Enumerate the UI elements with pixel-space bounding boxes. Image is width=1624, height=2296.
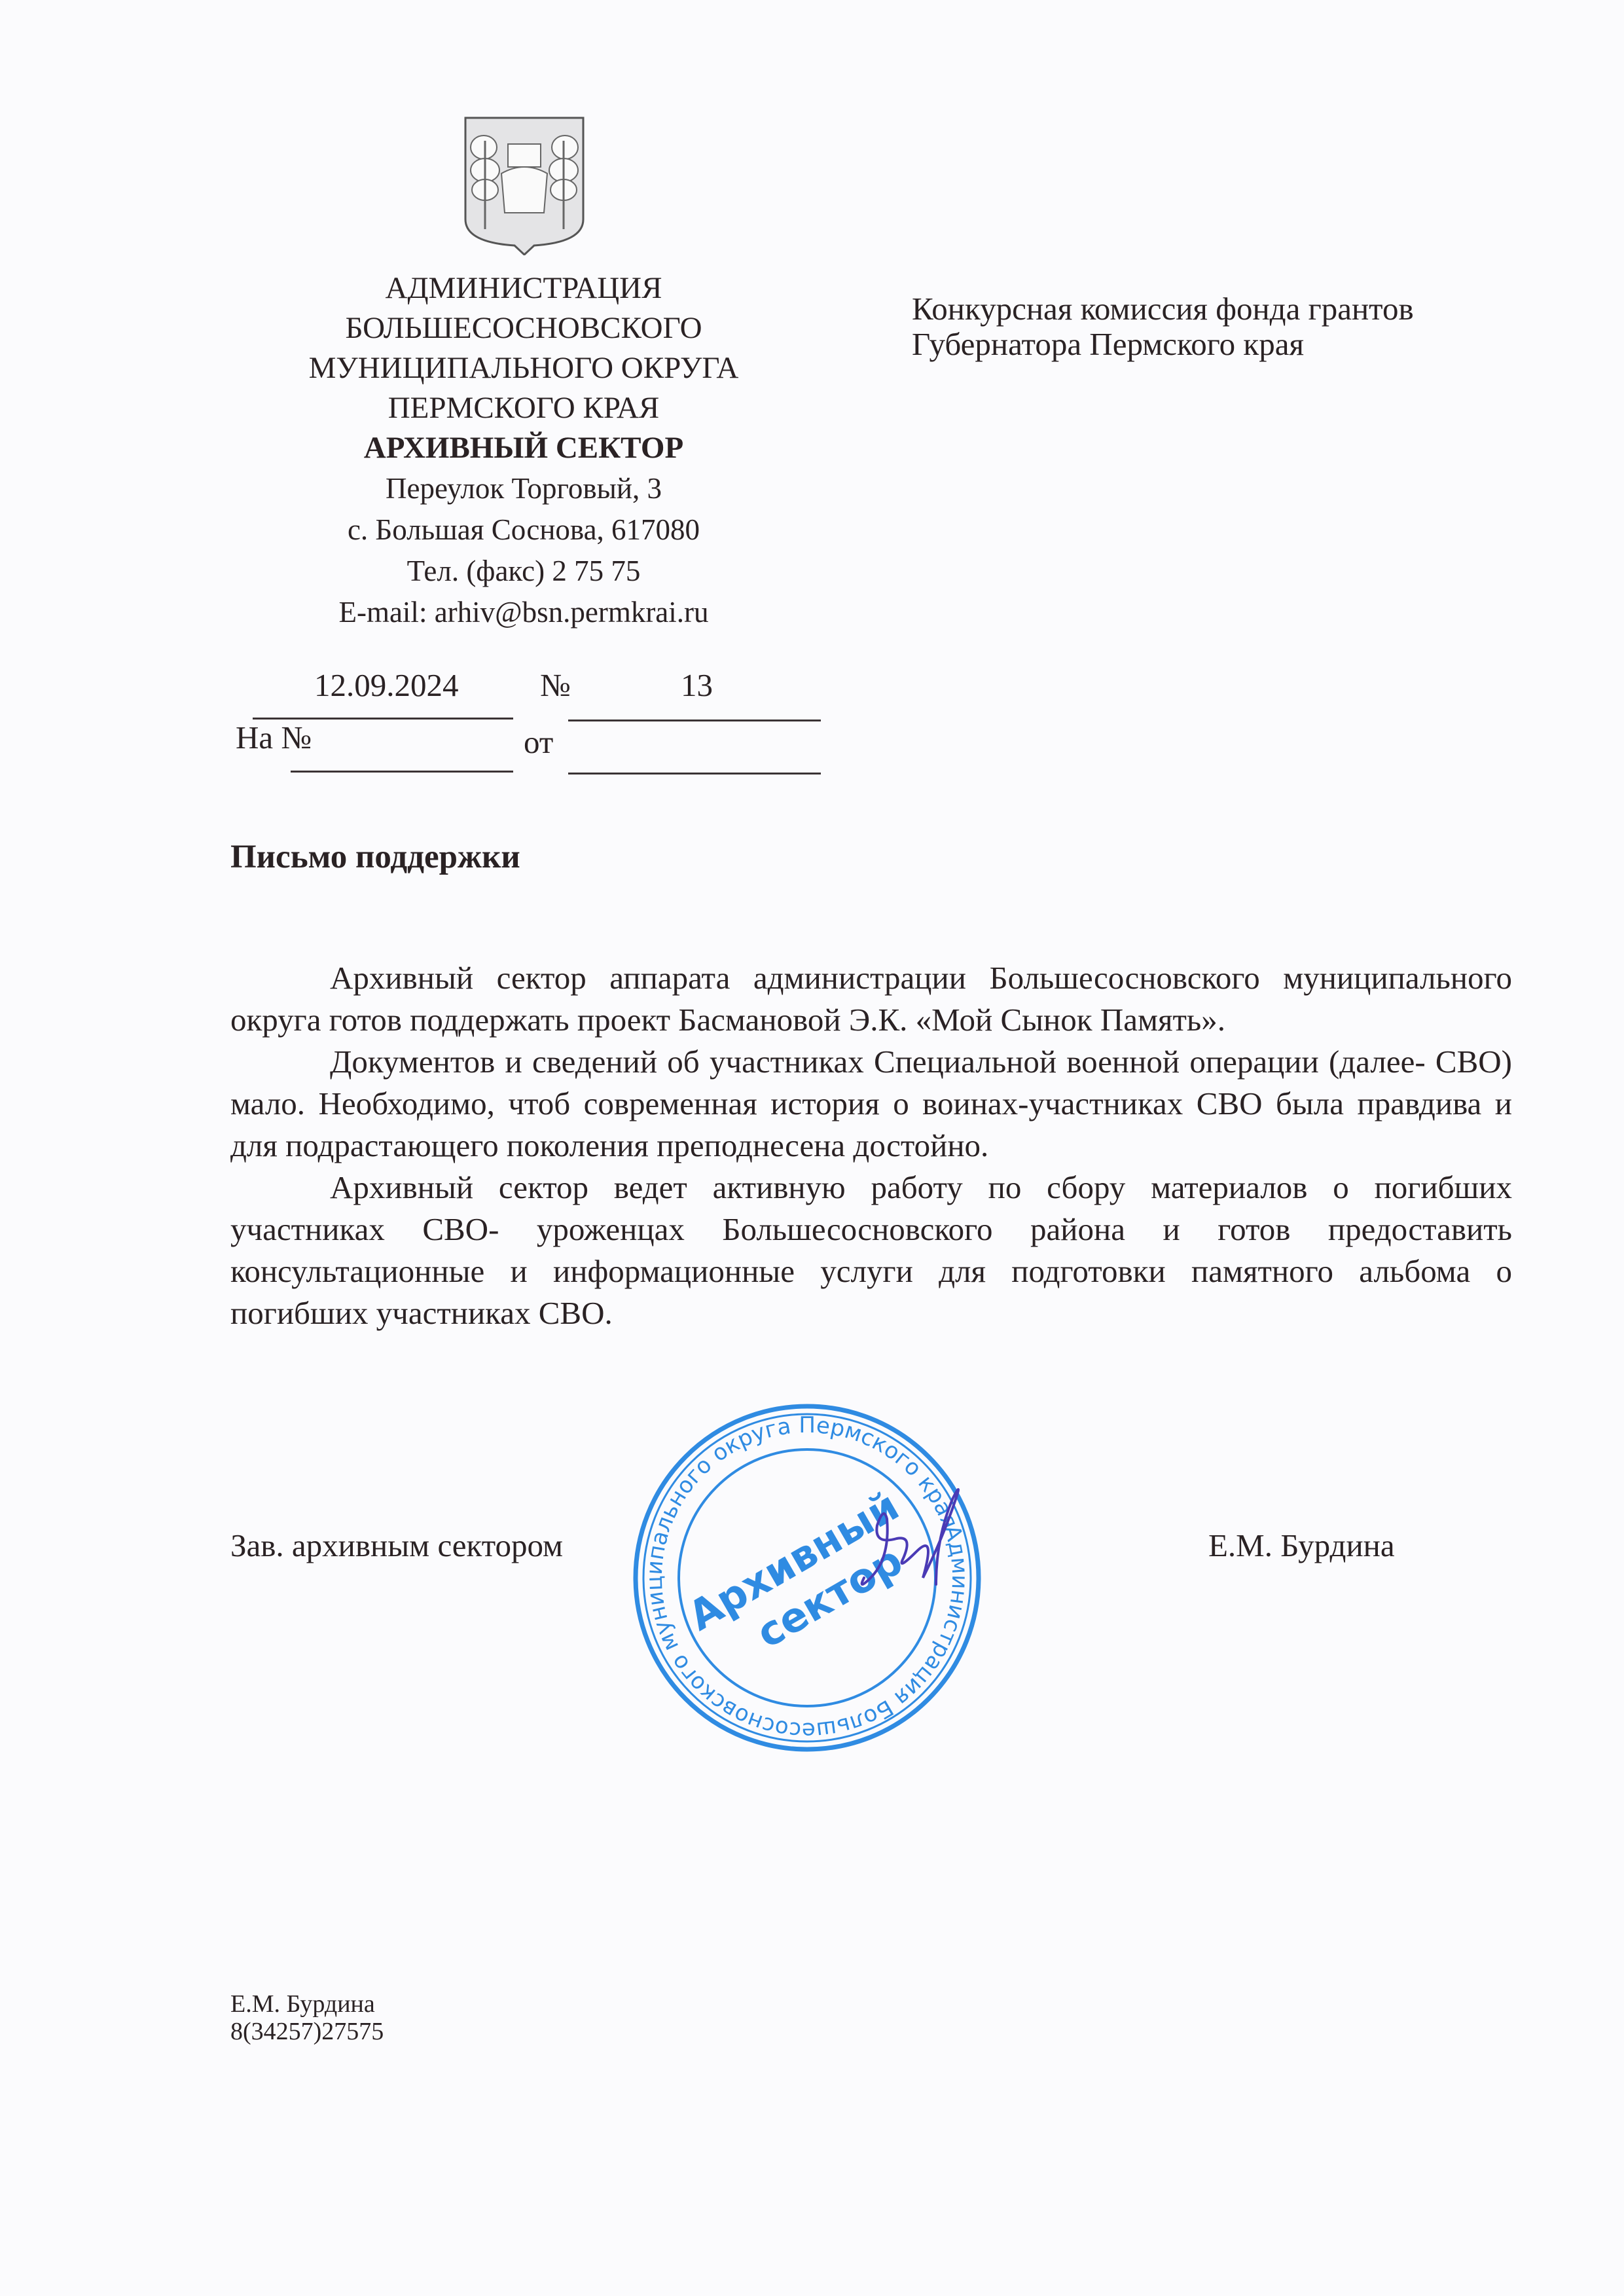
signatory-name: Е.М. Бурдина: [1208, 1527, 1395, 1564]
number-underline: [568, 720, 821, 721]
org-name-line: ПЕРМСКОГО КРАЯ: [216, 388, 831, 428]
signatory-position: Зав. архивным сектором: [230, 1527, 563, 1564]
address-line: с. Большая Соснова, 617080: [216, 509, 831, 551]
address-line: Переулок Торговый, 3: [216, 468, 831, 509]
reference-number-underline: [291, 771, 513, 773]
recipient-line: Конкурсная комиссия фонда грантов: [912, 291, 1566, 327]
executor-phone: 8(34257)27575: [230, 2018, 384, 2045]
body-paragraph: Архивный сектор ведет активную работу по…: [230, 1167, 1512, 1334]
executor-name: Е.М. Бурдина: [230, 1990, 384, 2018]
registration-number: 13: [681, 666, 713, 704]
reference-date-underline: [568, 773, 821, 774]
executor-info: Е.М. Бурдина 8(34257)27575: [230, 1990, 384, 2045]
recipient-line: Губернатора Пермского края: [912, 327, 1566, 362]
recipient-block: Конкурсная комиссия фонда грантов Губерн…: [912, 291, 1566, 362]
email-line: E-mail: arhiv@bsn.permkrai.ru: [216, 592, 831, 633]
reference-number-label: На №: [236, 719, 312, 756]
body-paragraph: Архивный сектор аппарата администрации Б…: [230, 957, 1512, 1041]
letterhead: АДМИНИСТРАЦИЯ БОЛЬШЕСОСНОВСКОГО МУНИЦИПА…: [216, 268, 831, 633]
reference-date-label: от: [524, 723, 553, 761]
org-name-line: МУНИЦИПАЛЬНОГО ОКРУГА: [216, 348, 831, 388]
org-name-line: АДМИНИСТРАЦИЯ: [216, 268, 831, 308]
letter-title: Письмо поддержки: [230, 838, 520, 876]
letter-body: Архивный сектор аппарата администрации Б…: [230, 957, 1512, 1334]
phone-line: Тел. (факс) 2 75 75: [216, 551, 831, 592]
body-paragraph: Документов и сведений об участниках Спец…: [230, 1041, 1512, 1167]
coat-of-arms-icon: [462, 115, 586, 255]
registration-number-label: №: [540, 666, 571, 704]
org-name-line: БОЛЬШЕСОСНОВСКОГО: [216, 308, 831, 348]
registration-date: 12.09.2024: [314, 666, 459, 704]
handwritten-signature-icon: [851, 1480, 969, 1597]
department-name: АРХИВНЫЙ СЕКТОР: [216, 428, 831, 468]
